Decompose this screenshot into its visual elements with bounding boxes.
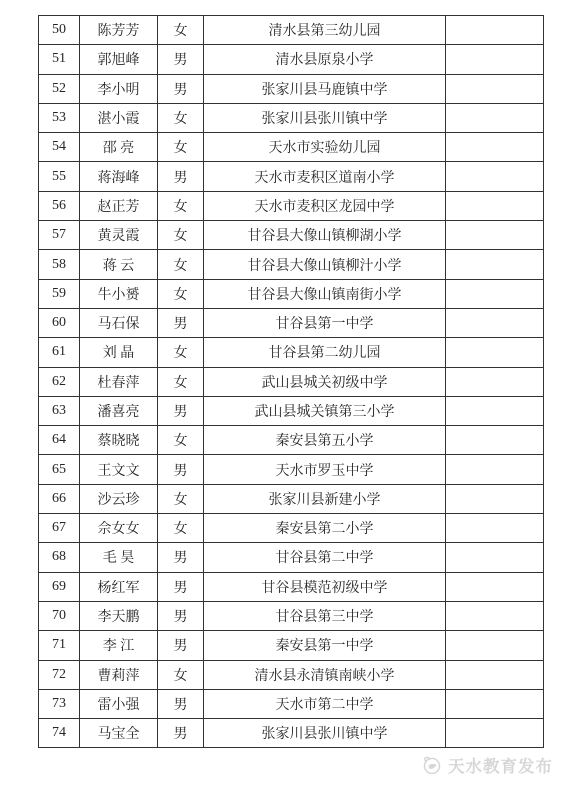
row-number-cell: 67 bbox=[39, 514, 80, 543]
name-cell: 李天鹏 bbox=[80, 601, 158, 630]
table-row: 71李 江男秦安县第一中学 bbox=[39, 631, 544, 660]
school-cell: 清水县永清镇南峡小学 bbox=[204, 660, 446, 689]
table-row: 67佘女女女秦安县第二小学 bbox=[39, 514, 544, 543]
school-cell: 甘谷县大像山镇柳汁小学 bbox=[204, 250, 446, 279]
table-row: 65王文文男天水市罗玉中学 bbox=[39, 455, 544, 484]
name-cell: 蒋 云 bbox=[80, 250, 158, 279]
roster-table: 50陈芳芳女清水县第三幼儿园51郭旭峰男清水县原泉小学52李小明男张家川县马鹿镇… bbox=[38, 15, 544, 748]
table-row: 73雷小强男天水市第二中学 bbox=[39, 689, 544, 718]
table-row: 72曹莉萍女清水县永清镇南峡小学 bbox=[39, 660, 544, 689]
name-cell: 杜春萍 bbox=[80, 367, 158, 396]
row-number-cell: 58 bbox=[39, 250, 80, 279]
row-number-cell: 56 bbox=[39, 191, 80, 220]
row-number-cell: 64 bbox=[39, 426, 80, 455]
name-cell: 湛小霞 bbox=[80, 103, 158, 132]
row-number-cell: 73 bbox=[39, 689, 80, 718]
remark-cell bbox=[446, 514, 544, 543]
publisher-logo-icon bbox=[421, 754, 443, 776]
roster-table-container: 50陈芳芳女清水县第三幼儿园51郭旭峰男清水县原泉小学52李小明男张家川县马鹿镇… bbox=[38, 15, 544, 748]
remark-cell bbox=[446, 162, 544, 191]
name-cell: 雷小强 bbox=[80, 689, 158, 718]
table-row: 61刘 晶女甘谷县第二幼儿园 bbox=[39, 338, 544, 367]
name-cell: 曹莉萍 bbox=[80, 660, 158, 689]
table-row: 50陈芳芳女清水县第三幼儿园 bbox=[39, 16, 544, 45]
name-cell: 黄灵霞 bbox=[80, 221, 158, 250]
row-number-cell: 68 bbox=[39, 543, 80, 572]
table-row: 69杨红军男甘谷县模范初级中学 bbox=[39, 572, 544, 601]
gender-cell: 女 bbox=[158, 367, 204, 396]
name-cell: 毛 昊 bbox=[80, 543, 158, 572]
gender-cell: 女 bbox=[158, 16, 204, 45]
name-cell: 蒋海峰 bbox=[80, 162, 158, 191]
remark-cell bbox=[446, 279, 544, 308]
school-cell: 甘谷县大像山镇南街小学 bbox=[204, 279, 446, 308]
table-row: 59牛小赟女甘谷县大像山镇南街小学 bbox=[39, 279, 544, 308]
table-row: 54邵 亮女天水市实验幼儿园 bbox=[39, 133, 544, 162]
row-number-cell: 65 bbox=[39, 455, 80, 484]
school-cell: 秦安县第一中学 bbox=[204, 631, 446, 660]
remark-cell bbox=[446, 601, 544, 630]
name-cell: 佘女女 bbox=[80, 514, 158, 543]
school-cell: 张家川县马鹿镇中学 bbox=[204, 74, 446, 103]
school-cell: 清水县原泉小学 bbox=[204, 45, 446, 74]
school-cell: 天水市麦积区龙园中学 bbox=[204, 191, 446, 220]
row-number-cell: 55 bbox=[39, 162, 80, 191]
row-number-cell: 63 bbox=[39, 396, 80, 425]
gender-cell: 女 bbox=[158, 221, 204, 250]
remark-cell bbox=[446, 103, 544, 132]
table-row: 58蒋 云女甘谷县大像山镇柳汁小学 bbox=[39, 250, 544, 279]
school-cell: 武山县城关镇第三小学 bbox=[204, 396, 446, 425]
name-cell: 马宝全 bbox=[80, 719, 158, 748]
table-row: 62杜春萍女武山县城关初级中学 bbox=[39, 367, 544, 396]
table-row: 52李小明男张家川县马鹿镇中学 bbox=[39, 74, 544, 103]
row-number-cell: 74 bbox=[39, 719, 80, 748]
row-number-cell: 66 bbox=[39, 484, 80, 513]
school-cell: 张家川县张川镇中学 bbox=[204, 103, 446, 132]
name-cell: 邵 亮 bbox=[80, 133, 158, 162]
school-cell: 甘谷县第三中学 bbox=[204, 601, 446, 630]
name-cell: 杨红军 bbox=[80, 572, 158, 601]
school-cell: 天水市第二中学 bbox=[204, 689, 446, 718]
name-cell: 赵正芳 bbox=[80, 191, 158, 220]
remark-cell bbox=[446, 455, 544, 484]
remark-cell bbox=[446, 396, 544, 425]
remark-cell bbox=[446, 660, 544, 689]
name-cell: 陈芳芳 bbox=[80, 16, 158, 45]
school-cell: 甘谷县模范初级中学 bbox=[204, 572, 446, 601]
table-row: 56赵正芳女天水市麦积区龙园中学 bbox=[39, 191, 544, 220]
table-row: 63潘喜亮男武山县城关镇第三小学 bbox=[39, 396, 544, 425]
school-cell: 清水县第三幼儿园 bbox=[204, 16, 446, 45]
row-number-cell: 54 bbox=[39, 133, 80, 162]
remark-cell bbox=[446, 74, 544, 103]
name-cell: 牛小赟 bbox=[80, 279, 158, 308]
gender-cell: 女 bbox=[158, 133, 204, 162]
row-number-cell: 57 bbox=[39, 221, 80, 250]
table-row: 60马石保男甘谷县第一中学 bbox=[39, 308, 544, 337]
gender-cell: 男 bbox=[158, 162, 204, 191]
school-cell: 天水市麦积区道南小学 bbox=[204, 162, 446, 191]
remark-cell bbox=[446, 191, 544, 220]
row-number-cell: 53 bbox=[39, 103, 80, 132]
table-row: 53湛小霞女张家川县张川镇中学 bbox=[39, 103, 544, 132]
table-row: 55蒋海峰男天水市麦积区道南小学 bbox=[39, 162, 544, 191]
gender-cell: 男 bbox=[158, 601, 204, 630]
school-cell: 甘谷县大像山镇柳湖小学 bbox=[204, 221, 446, 250]
row-number-cell: 60 bbox=[39, 308, 80, 337]
remark-cell bbox=[446, 338, 544, 367]
school-cell: 天水市罗玉中学 bbox=[204, 455, 446, 484]
gender-cell: 女 bbox=[158, 514, 204, 543]
name-cell: 潘喜亮 bbox=[80, 396, 158, 425]
name-cell: 沙云珍 bbox=[80, 484, 158, 513]
name-cell: 李小明 bbox=[80, 74, 158, 103]
row-number-cell: 62 bbox=[39, 367, 80, 396]
name-cell: 蔡晓晓 bbox=[80, 426, 158, 455]
remark-cell bbox=[446, 250, 544, 279]
row-number-cell: 69 bbox=[39, 572, 80, 601]
remark-cell bbox=[446, 16, 544, 45]
remark-cell bbox=[446, 221, 544, 250]
gender-cell: 男 bbox=[158, 631, 204, 660]
gender-cell: 女 bbox=[158, 279, 204, 308]
table-row: 51郭旭峰男清水县原泉小学 bbox=[39, 45, 544, 74]
school-cell: 秦安县第二小学 bbox=[204, 514, 446, 543]
school-cell: 秦安县第五小学 bbox=[204, 426, 446, 455]
row-number-cell: 51 bbox=[39, 45, 80, 74]
publisher-watermark-label: 天水教育发布 bbox=[448, 753, 553, 777]
school-cell: 甘谷县第二中学 bbox=[204, 543, 446, 572]
gender-cell: 男 bbox=[158, 689, 204, 718]
name-cell: 郭旭峰 bbox=[80, 45, 158, 74]
name-cell: 王文文 bbox=[80, 455, 158, 484]
gender-cell: 男 bbox=[158, 543, 204, 572]
gender-cell: 男 bbox=[158, 396, 204, 425]
gender-cell: 男 bbox=[158, 455, 204, 484]
gender-cell: 男 bbox=[158, 719, 204, 748]
remark-cell bbox=[446, 631, 544, 660]
remark-cell bbox=[446, 719, 544, 748]
row-number-cell: 70 bbox=[39, 601, 80, 630]
remark-cell bbox=[446, 689, 544, 718]
table-row: 74马宝全男张家川县张川镇中学 bbox=[39, 719, 544, 748]
school-cell: 张家川县张川镇中学 bbox=[204, 719, 446, 748]
table-row: 70李天鹏男甘谷县第三中学 bbox=[39, 601, 544, 630]
gender-cell: 女 bbox=[158, 191, 204, 220]
gender-cell: 男 bbox=[158, 308, 204, 337]
remark-cell bbox=[446, 133, 544, 162]
school-cell: 甘谷县第一中学 bbox=[204, 308, 446, 337]
school-cell: 天水市实验幼儿园 bbox=[204, 133, 446, 162]
gender-cell: 男 bbox=[158, 572, 204, 601]
remark-cell bbox=[446, 484, 544, 513]
name-cell: 李 江 bbox=[80, 631, 158, 660]
row-number-cell: 50 bbox=[39, 16, 80, 45]
remark-cell bbox=[446, 426, 544, 455]
gender-cell: 女 bbox=[158, 660, 204, 689]
gender-cell: 男 bbox=[158, 45, 204, 74]
table-row: 66沙云珍女张家川县新建小学 bbox=[39, 484, 544, 513]
remark-cell bbox=[446, 308, 544, 337]
remark-cell bbox=[446, 572, 544, 601]
row-number-cell: 61 bbox=[39, 338, 80, 367]
row-number-cell: 71 bbox=[39, 631, 80, 660]
gender-cell: 男 bbox=[158, 74, 204, 103]
school-cell: 张家川县新建小学 bbox=[204, 484, 446, 513]
gender-cell: 女 bbox=[158, 338, 204, 367]
row-number-cell: 72 bbox=[39, 660, 80, 689]
name-cell: 马石保 bbox=[80, 308, 158, 337]
name-cell: 刘 晶 bbox=[80, 338, 158, 367]
gender-cell: 女 bbox=[158, 103, 204, 132]
remark-cell bbox=[446, 367, 544, 396]
gender-cell: 女 bbox=[158, 250, 204, 279]
table-row: 68毛 昊男甘谷县第二中学 bbox=[39, 543, 544, 572]
school-cell: 甘谷县第二幼儿园 bbox=[204, 338, 446, 367]
table-row: 57黄灵霞女甘谷县大像山镇柳湖小学 bbox=[39, 221, 544, 250]
remark-cell bbox=[446, 543, 544, 572]
publisher-watermark: 天水教育发布 bbox=[421, 753, 553, 777]
row-number-cell: 52 bbox=[39, 74, 80, 103]
remark-cell bbox=[446, 45, 544, 74]
school-cell: 武山县城关初级中学 bbox=[204, 367, 446, 396]
gender-cell: 女 bbox=[158, 484, 204, 513]
gender-cell: 女 bbox=[158, 426, 204, 455]
row-number-cell: 59 bbox=[39, 279, 80, 308]
table-row: 64蔡晓晓女秦安县第五小学 bbox=[39, 426, 544, 455]
